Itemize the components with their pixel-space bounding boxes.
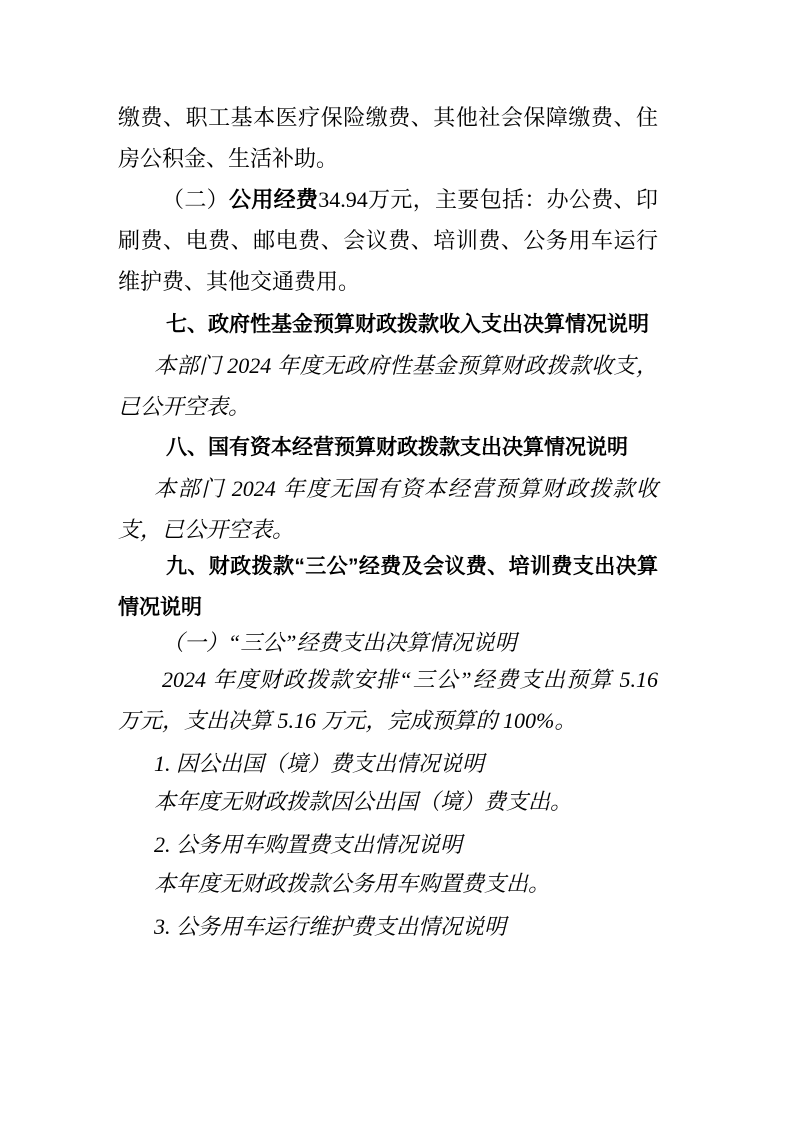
public-expense-term: 公用经费 (229, 187, 318, 212)
item-2-vehicle-purchase-title: 2. 公务用车购置费支出情况说明 (118, 824, 658, 865)
paragraph-section-7-body: 本部门 2024 年度无政府性基金预算财政拨款收支，已公开空表。 (118, 345, 658, 427)
document-page: 缴费、职工基本医疗保险缴费、其他社会保障缴费、住房公积金、生活补助。 （二）公用… (0, 0, 793, 1122)
paragraph-social-insurance-continuation: 缴费、职工基本医疗保险缴费、其他社会保障缴费、住房公积金、生活补助。 (118, 97, 658, 179)
item-1-overseas-trip-title: 1. 因公出国（境）费支出情况说明 (118, 743, 658, 784)
heading-section-9-sangong-expense: 九、财政拨款“三公”经费及会议费、培训费支出决算情况说明 (118, 546, 658, 628)
item-2-vehicle-purchase-body: 本年度无财政拨款公务用车购置费支出。 (118, 863, 658, 904)
document-content: 缴费、职工基本医疗保险缴费、其他社会保障缴费、住房公积金、生活补助。 （二）公用… (118, 97, 658, 947)
heading-section-8-state-capital: 八、国有资本经营预算财政拨款支出决算情况说明 (118, 427, 658, 468)
paragraph-section-8-body: 本部门 2024 年度无国有资本经营预算财政拨款收支，已公开空表。 (118, 468, 658, 550)
heading-section-7-government-fund: 七、政府性基金预算财政拨款收入支出决算情况说明 (118, 304, 658, 345)
paragraph-sangong-budget-detail: 2024 年度财政拨款安排“三公”经费支出预算 5.16 万元，支出决算 5.1… (118, 659, 658, 741)
item-1-overseas-trip-body: 本年度无财政拨款因公出国（境）费支出。 (118, 781, 658, 822)
paragraph-public-expense: （二）公用经费34.94万元，主要包括：办公费、印刷费、电费、邮电费、会议费、培… (118, 179, 658, 302)
item-3-vehicle-maintenance-title: 3. 公务用车运行维护费支出情况说明 (118, 906, 658, 947)
public-expense-prefix: （二） (162, 187, 229, 212)
paragraph-sangong-subheading: （一）“三公”经费支出决算情况说明 (118, 622, 658, 663)
